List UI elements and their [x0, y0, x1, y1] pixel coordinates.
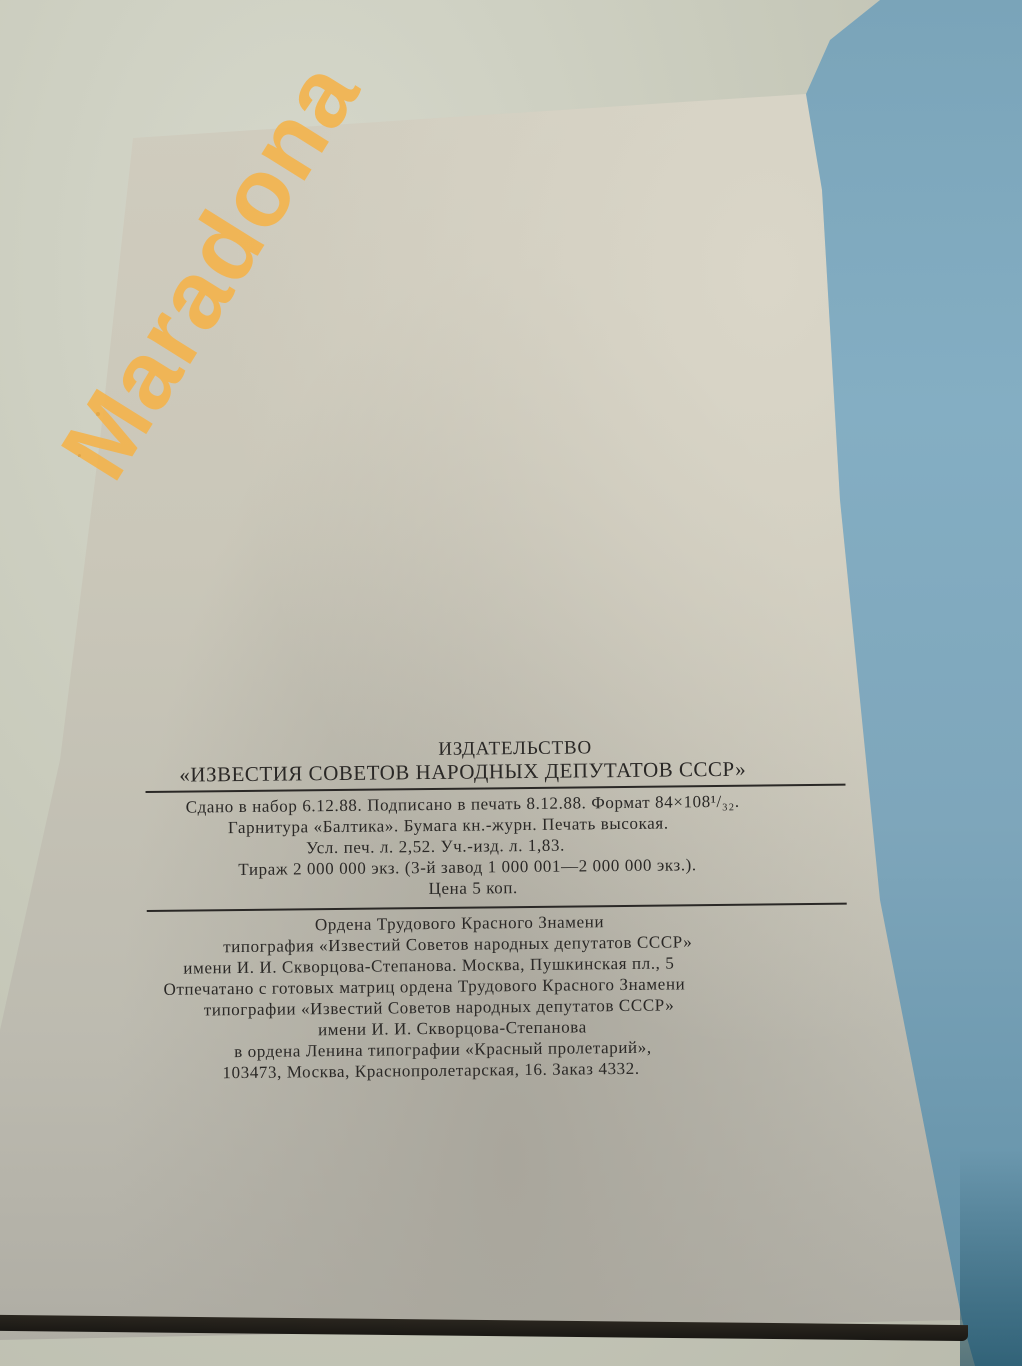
- cover-shadow: [960, 1150, 1022, 1366]
- colophon: ИЗДАТЕЛЬСТВО «ИЗВЕСТИЯ СОВЕТОВ НАРОДНЫХ …: [145, 735, 849, 1084]
